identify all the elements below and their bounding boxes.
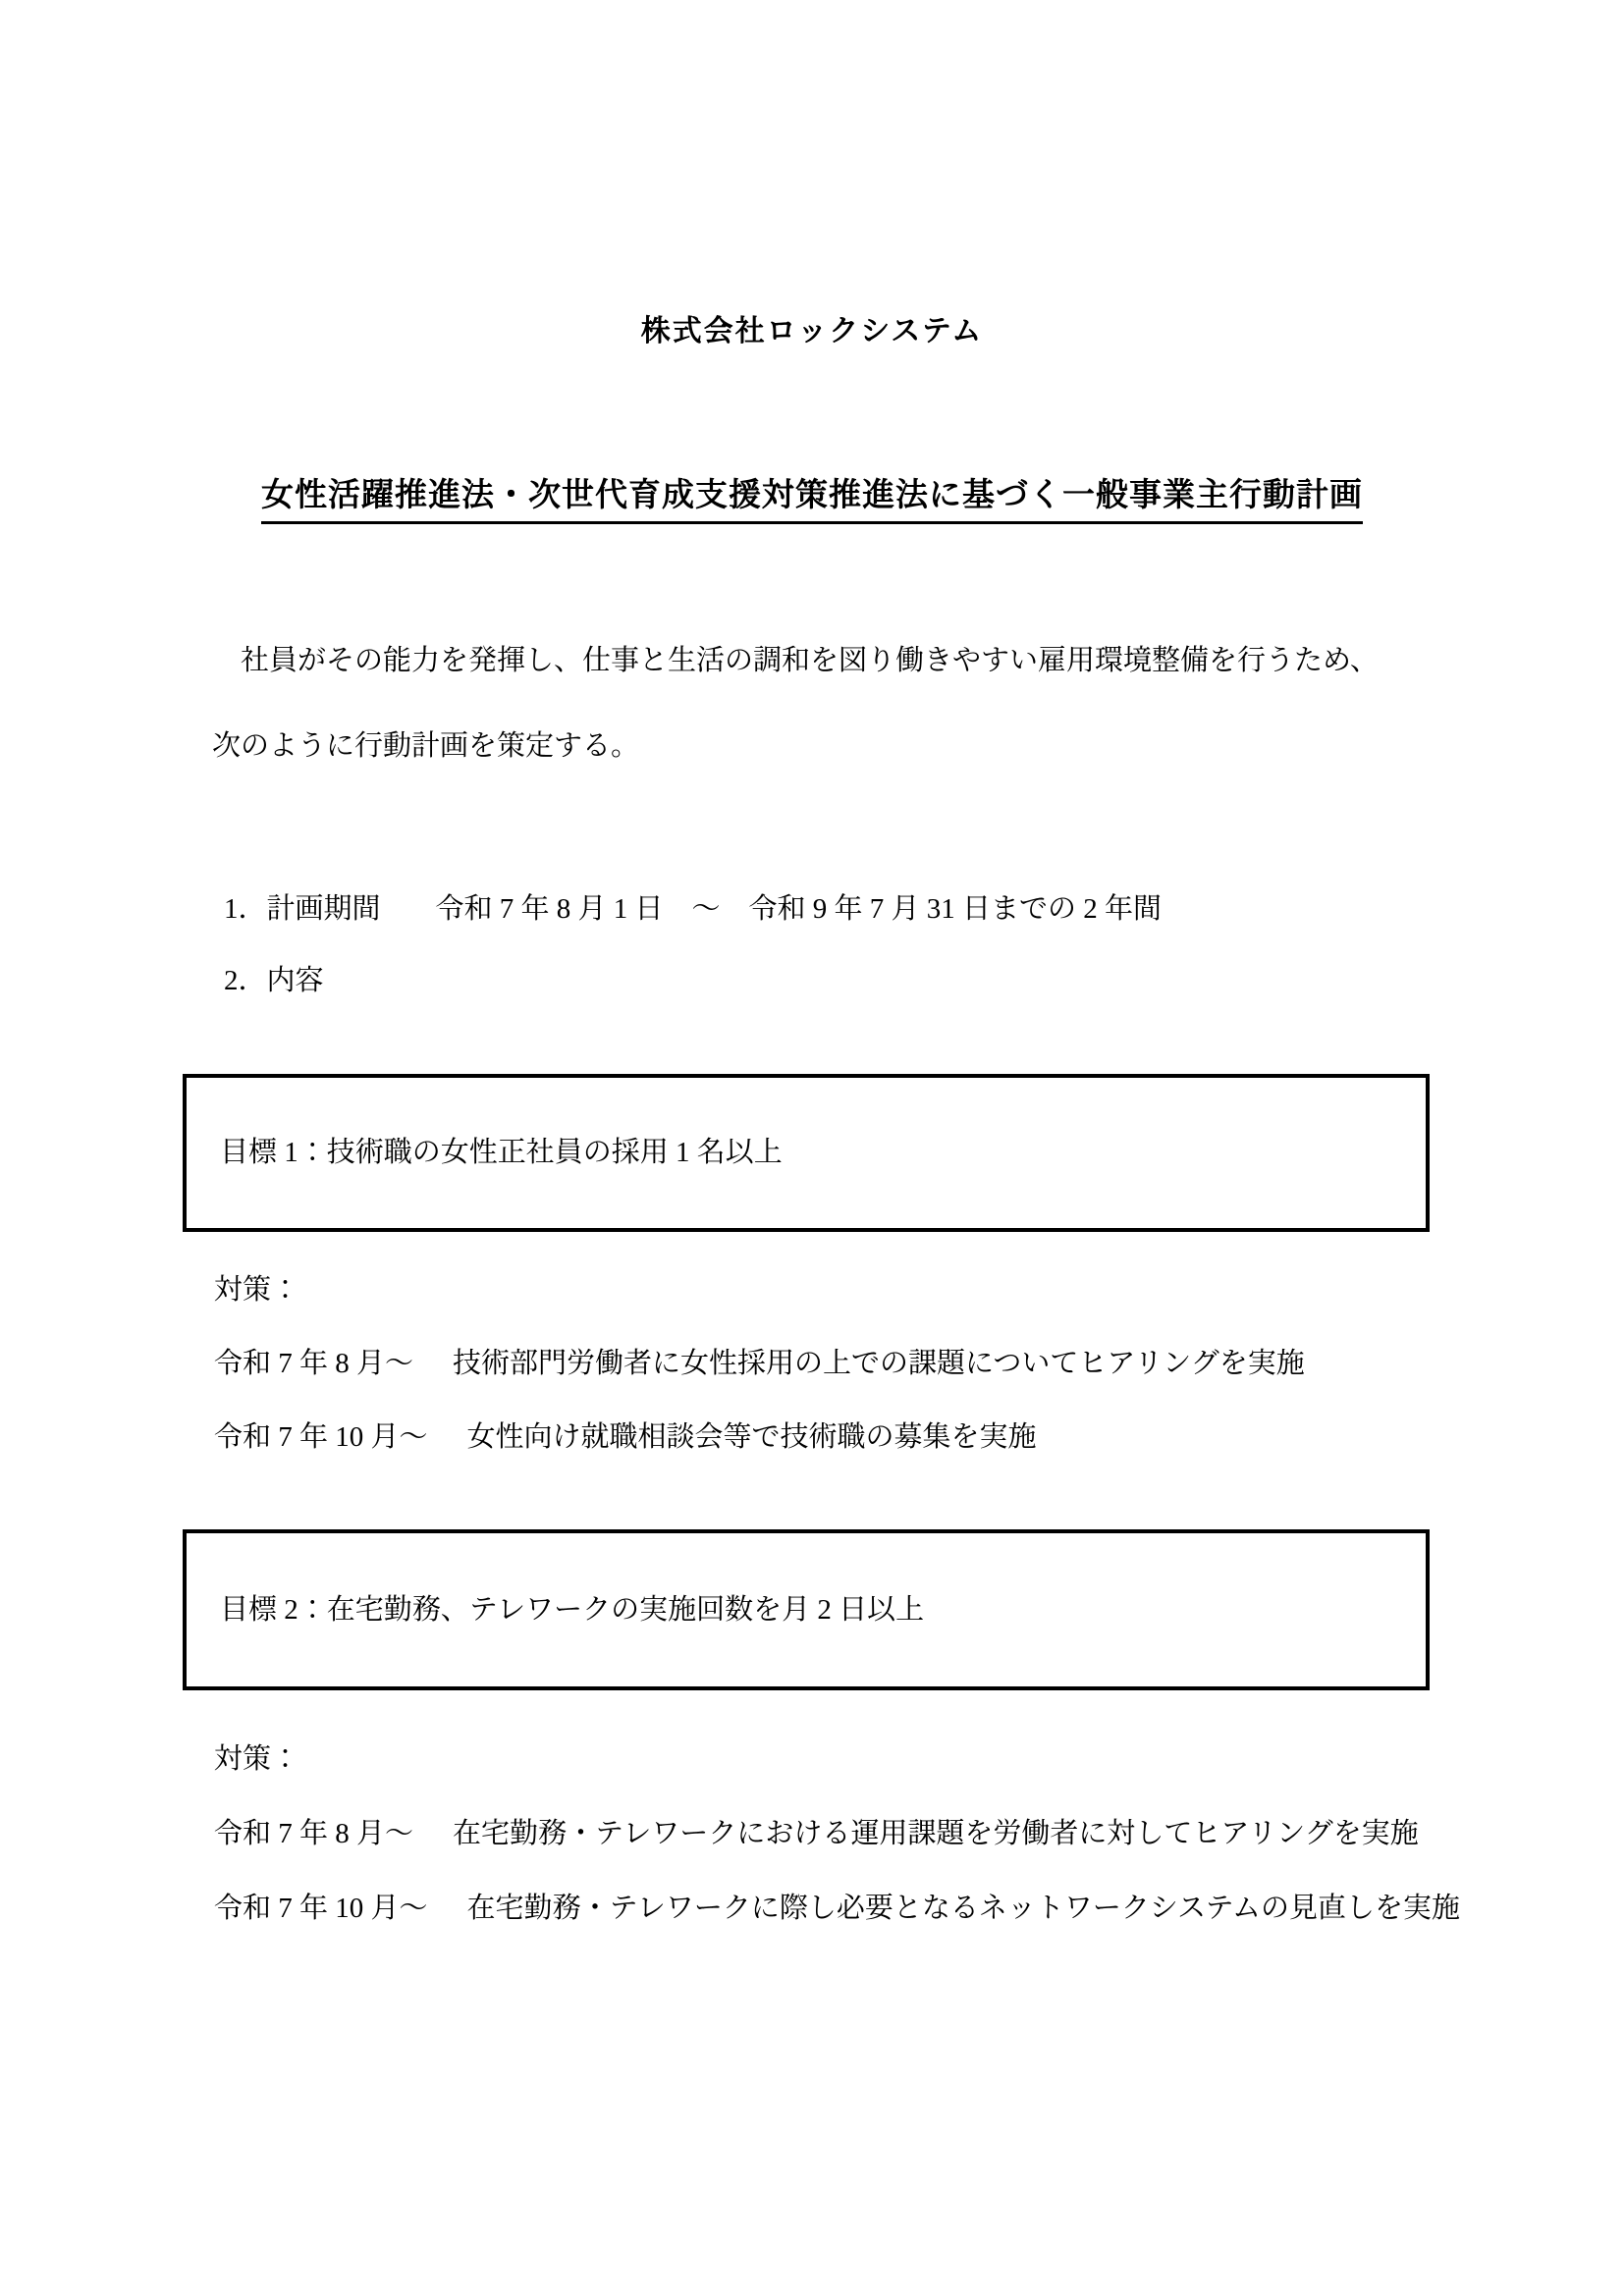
measure-period: 令和 7 年 10 月～ [214, 1893, 428, 1924]
goal-1-box: 目標 1：技術職の女性正社員の採用 1 名以上 [183, 1074, 1430, 1232]
plan-period-item: 1．計画期間令和 7 年 8 月 1 日 ～ 令和 9 年 7 月 31 日まで… [224, 892, 1162, 927]
goal-1-title: 目標 1：技術職の女性正社員の採用 1 名以上 [220, 1136, 783, 1170]
measure-action: 女性向け就職相談会等で技術職の募集を実施 [467, 1421, 1037, 1453]
goal-2-box: 目標 2：在宅勤務、テレワークの実施回数を月 2 日以上 [183, 1529, 1430, 1690]
goal-2-measure-row-1: 令和 7 年 8 月～在宅勤務・テレワークにおける運用課題を労働者に対してヒアリ… [214, 1817, 1419, 1851]
measure-period: 令和 7 年 8 月～ [214, 1818, 413, 1849]
goal-2-measures-label: 対策： [214, 1742, 299, 1777]
goal-1-measures-label: 対策： [214, 1273, 299, 1308]
goal-1-measure-row-1: 令和 7 年 8 月～技術部門労働者に女性採用の上での課題についてヒアリングを実… [214, 1347, 1305, 1381]
document-page: 株式会社ロックシステム 女性活躍推進法・次世代育成支援対策推進法に基づく一般事業… [0, 0, 1624, 2296]
measure-action: 在宅勤務・テレワークにおける運用課題を労働者に対してヒアリングを実施 [453, 1818, 1419, 1849]
measure-period: 令和 7 年 10 月～ [214, 1421, 428, 1453]
intro-paragraph-line-1: 社員がその能力を発揮し、仕事と生活の調和を図り働きやすい雇用環境整備を行うため、 [241, 644, 1379, 678]
plan-period-label: 1．計画期間 [224, 893, 381, 925]
measure-action: 技術部門労働者に女性採用の上での課題についてヒアリングを実施 [453, 1348, 1305, 1379]
intro-paragraph-line-2: 次のように行動計画を策定する。 [212, 729, 639, 764]
goal-1-measure-row-2: 令和 7 年 10 月～女性向け就職相談会等で技術職の募集を実施 [214, 1420, 1037, 1455]
company-name: 株式会社ロックシステム [0, 314, 1624, 349]
document-title-row: 女性活躍推進法・次世代育成支援対策推進法に基づく一般事業主行動計画 [0, 477, 1624, 524]
goal-2-measure-row-2: 令和 7 年 10 月～在宅勤務・テレワークに際し必要となるネットワークシステム… [214, 1892, 1460, 1926]
contents-item: 2．内容 [224, 964, 324, 998]
measure-action: 在宅勤務・テレワークに際し必要となるネットワークシステムの見直しを実施 [467, 1893, 1461, 1924]
plan-period-value: 令和 7 年 8 月 1 日 ～ 令和 9 年 7 月 31 日までの 2 年間 [436, 893, 1163, 925]
document-title: 女性活躍推進法・次世代育成支援対策推進法に基づく一般事業主行動計画 [261, 477, 1363, 524]
contents-label: 2．内容 [224, 965, 324, 996]
measure-period: 令和 7 年 8 月～ [214, 1348, 413, 1379]
goal-2-title: 目標 2：在宅勤務、テレワークの実施回数を月 2 日以上 [220, 1593, 924, 1628]
